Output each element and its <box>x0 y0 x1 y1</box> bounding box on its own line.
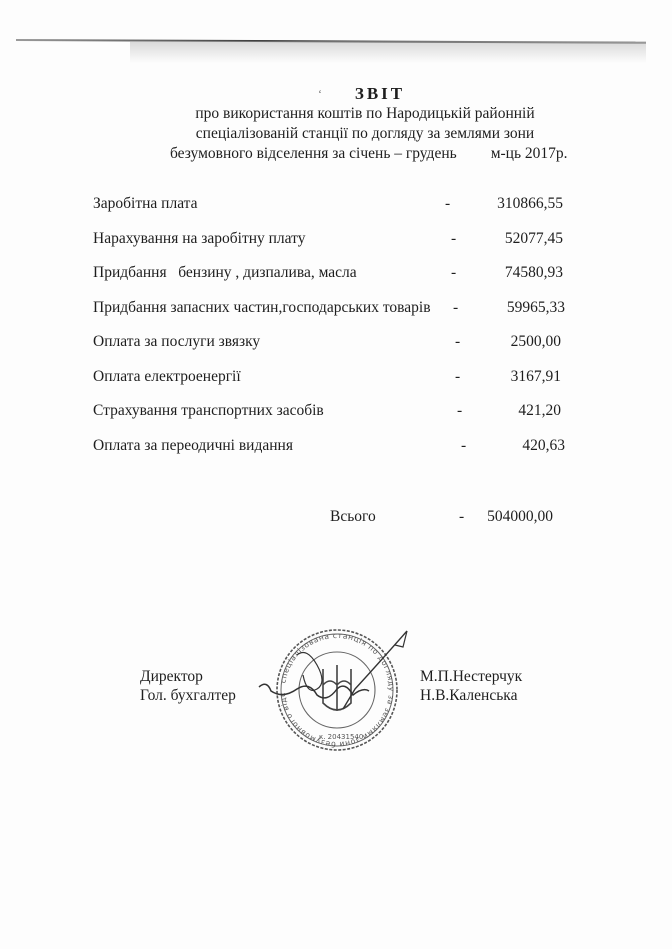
expense-label: Страхування транспортних засобів <box>93 402 324 420</box>
expense-label: Придбання бензину , дизпалива, масла <box>93 264 357 282</box>
subtitle-line-1: про використання коштів по Народицькій р… <box>150 104 580 124</box>
expense-label: Оплата електроенергії <box>93 368 241 386</box>
expense-row: Заробітна плата-310866,55 <box>93 195 563 230</box>
role-director: Директор <box>140 667 236 686</box>
stamp-code: к. 20431540 <box>319 733 363 741</box>
expense-label: Придбання запасних частин,господарських … <box>93 299 431 317</box>
pen-tick-mark: ʻ <box>318 87 322 102</box>
report-header: ʻ ЗВІТ про використання коштів по Народи… <box>150 84 580 164</box>
role-chief-accountant: Гол. бухгалтер <box>140 686 236 705</box>
total-label: Всього <box>330 508 376 526</box>
expense-amount: 2500,00 <box>451 333 561 351</box>
expense-row: Придбання запасних частин,господарських … <box>93 299 563 334</box>
expense-amount: 421,20 <box>451 402 561 420</box>
subtitle-period-text: безумовного відселення за січень – груде… <box>170 145 457 162</box>
expense-list: Заробітна плата-310866,55Нарахування на … <box>93 195 563 471</box>
scan-shadow <box>130 41 646 63</box>
expense-amount: 59965,33 <box>455 299 565 317</box>
expense-row: Оплата за переодичні видання-420,63 <box>93 437 563 472</box>
expense-row: Придбання бензину , дизпалива, масла-745… <box>93 264 563 299</box>
signatory-names: М.П.Нестерчук Н.В.Каленська <box>420 667 522 705</box>
expense-row: Оплата за послуги звязку-2500,00 <box>93 333 563 368</box>
expense-label: Оплата за послуги звязку <box>93 333 260 351</box>
expense-dash: - <box>445 195 450 213</box>
total-amount: 504000,00 <box>443 508 553 526</box>
report-period: м-ць 2017р. <box>491 144 568 164</box>
document-title: ЗВІТ <box>180 84 580 104</box>
document-page: ʻ ЗВІТ про використання коштів по Народи… <box>0 0 672 949</box>
expense-row: Оплата електроенергії-3167,91 <box>93 368 563 403</box>
expense-amount: 74580,93 <box>453 264 563 282</box>
subtitle-line-2: спеціалізованій станції по догляду за зе… <box>150 124 580 144</box>
signatory-roles: Директор Гол. бухгалтер <box>140 667 236 705</box>
svg-text:спеціалізована станція по догл: спеціалізована станція по догляду за зем… <box>257 625 396 749</box>
total-row: Всього - 504000,00 <box>93 508 563 532</box>
name-director: М.П.Нестерчук <box>420 667 522 686</box>
expense-label: Нарахування на заробітну плату <box>93 230 305 248</box>
official-stamp-icon: спеціалізована станція по догляду за зем… <box>257 625 417 755</box>
expense-amount: 52077,45 <box>453 230 563 248</box>
expense-row: Нарахування на заробітну плату-52077,45 <box>93 230 563 265</box>
name-chief-accountant: Н.В.Каленська <box>420 686 522 705</box>
expense-label: Заробітна плата <box>93 195 198 213</box>
expense-row: Страхування транспортних засобів-421,20 <box>93 402 563 437</box>
subtitle-line-3: безумовного відселення за січень – груде… <box>170 144 580 164</box>
expense-label: Оплата за переодичні видання <box>93 437 293 455</box>
expense-amount: 310866,55 <box>453 195 563 213</box>
expense-amount: 3167,91 <box>451 368 561 386</box>
expense-amount: 420,63 <box>455 437 565 455</box>
